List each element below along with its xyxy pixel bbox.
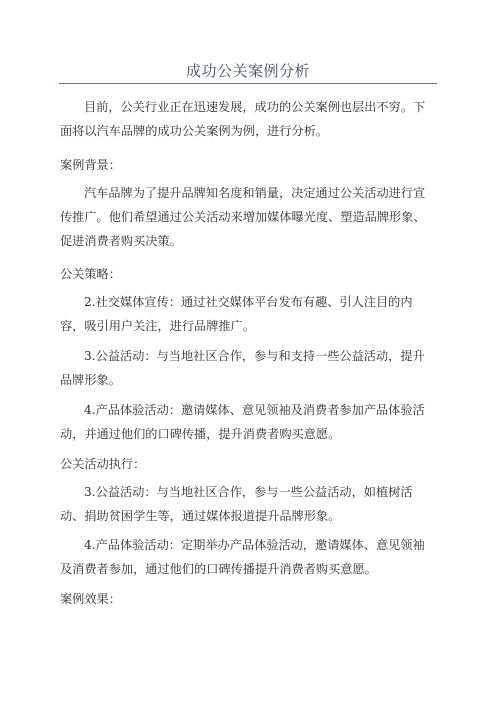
section-heading-execution: 公关活动执行：: [60, 452, 436, 476]
document-title: 成功公关案例分析: [0, 60, 496, 81]
title-underline: [59, 83, 437, 84]
strategy-item-3: 3.公益活动：与当地社区合作，参与和支持一些公益活动，提升品牌形象。: [60, 344, 436, 392]
document-page: 成功公关案例分析 目前，公关行业正在迅速发展，成功的公关案例也层出不穷。下面将以…: [0, 0, 496, 702]
intro-paragraph: 目前，公关行业正在迅速发展，成功的公关案例也层出不穷。下面将以汽车品牌的成功公关…: [60, 95, 436, 143]
execution-item-4: 4.产品体验活动：定期举办产品体验活动，邀请媒体、意见领袖及消费者参加，通过他们…: [60, 533, 436, 581]
strategy-item-2: 2.社交媒体宣传：通过社交媒体平台发布有趣、引人注目的内容，吸引用户关注，进行品…: [60, 290, 436, 338]
section-heading-background: 案例背景：: [60, 153, 436, 177]
execution-item-3: 3.公益活动：与当地社区合作，参与一些公益活动，如植树活动、捐助贫困学生等，通过…: [60, 480, 436, 528]
section-heading-strategy: 公关策略：: [60, 262, 436, 286]
strategy-item-4: 4.产品体验活动：邀请媒体、意见领袖及消费者参加产品体验活动，并通过他们的口碑传…: [60, 398, 436, 446]
section-heading-results: 案例效果：: [60, 587, 436, 611]
background-paragraph: 汽车品牌为了提升品牌知名度和销量，决定通过公关活动进行宣传推广。他们希望通过公关…: [60, 181, 436, 253]
